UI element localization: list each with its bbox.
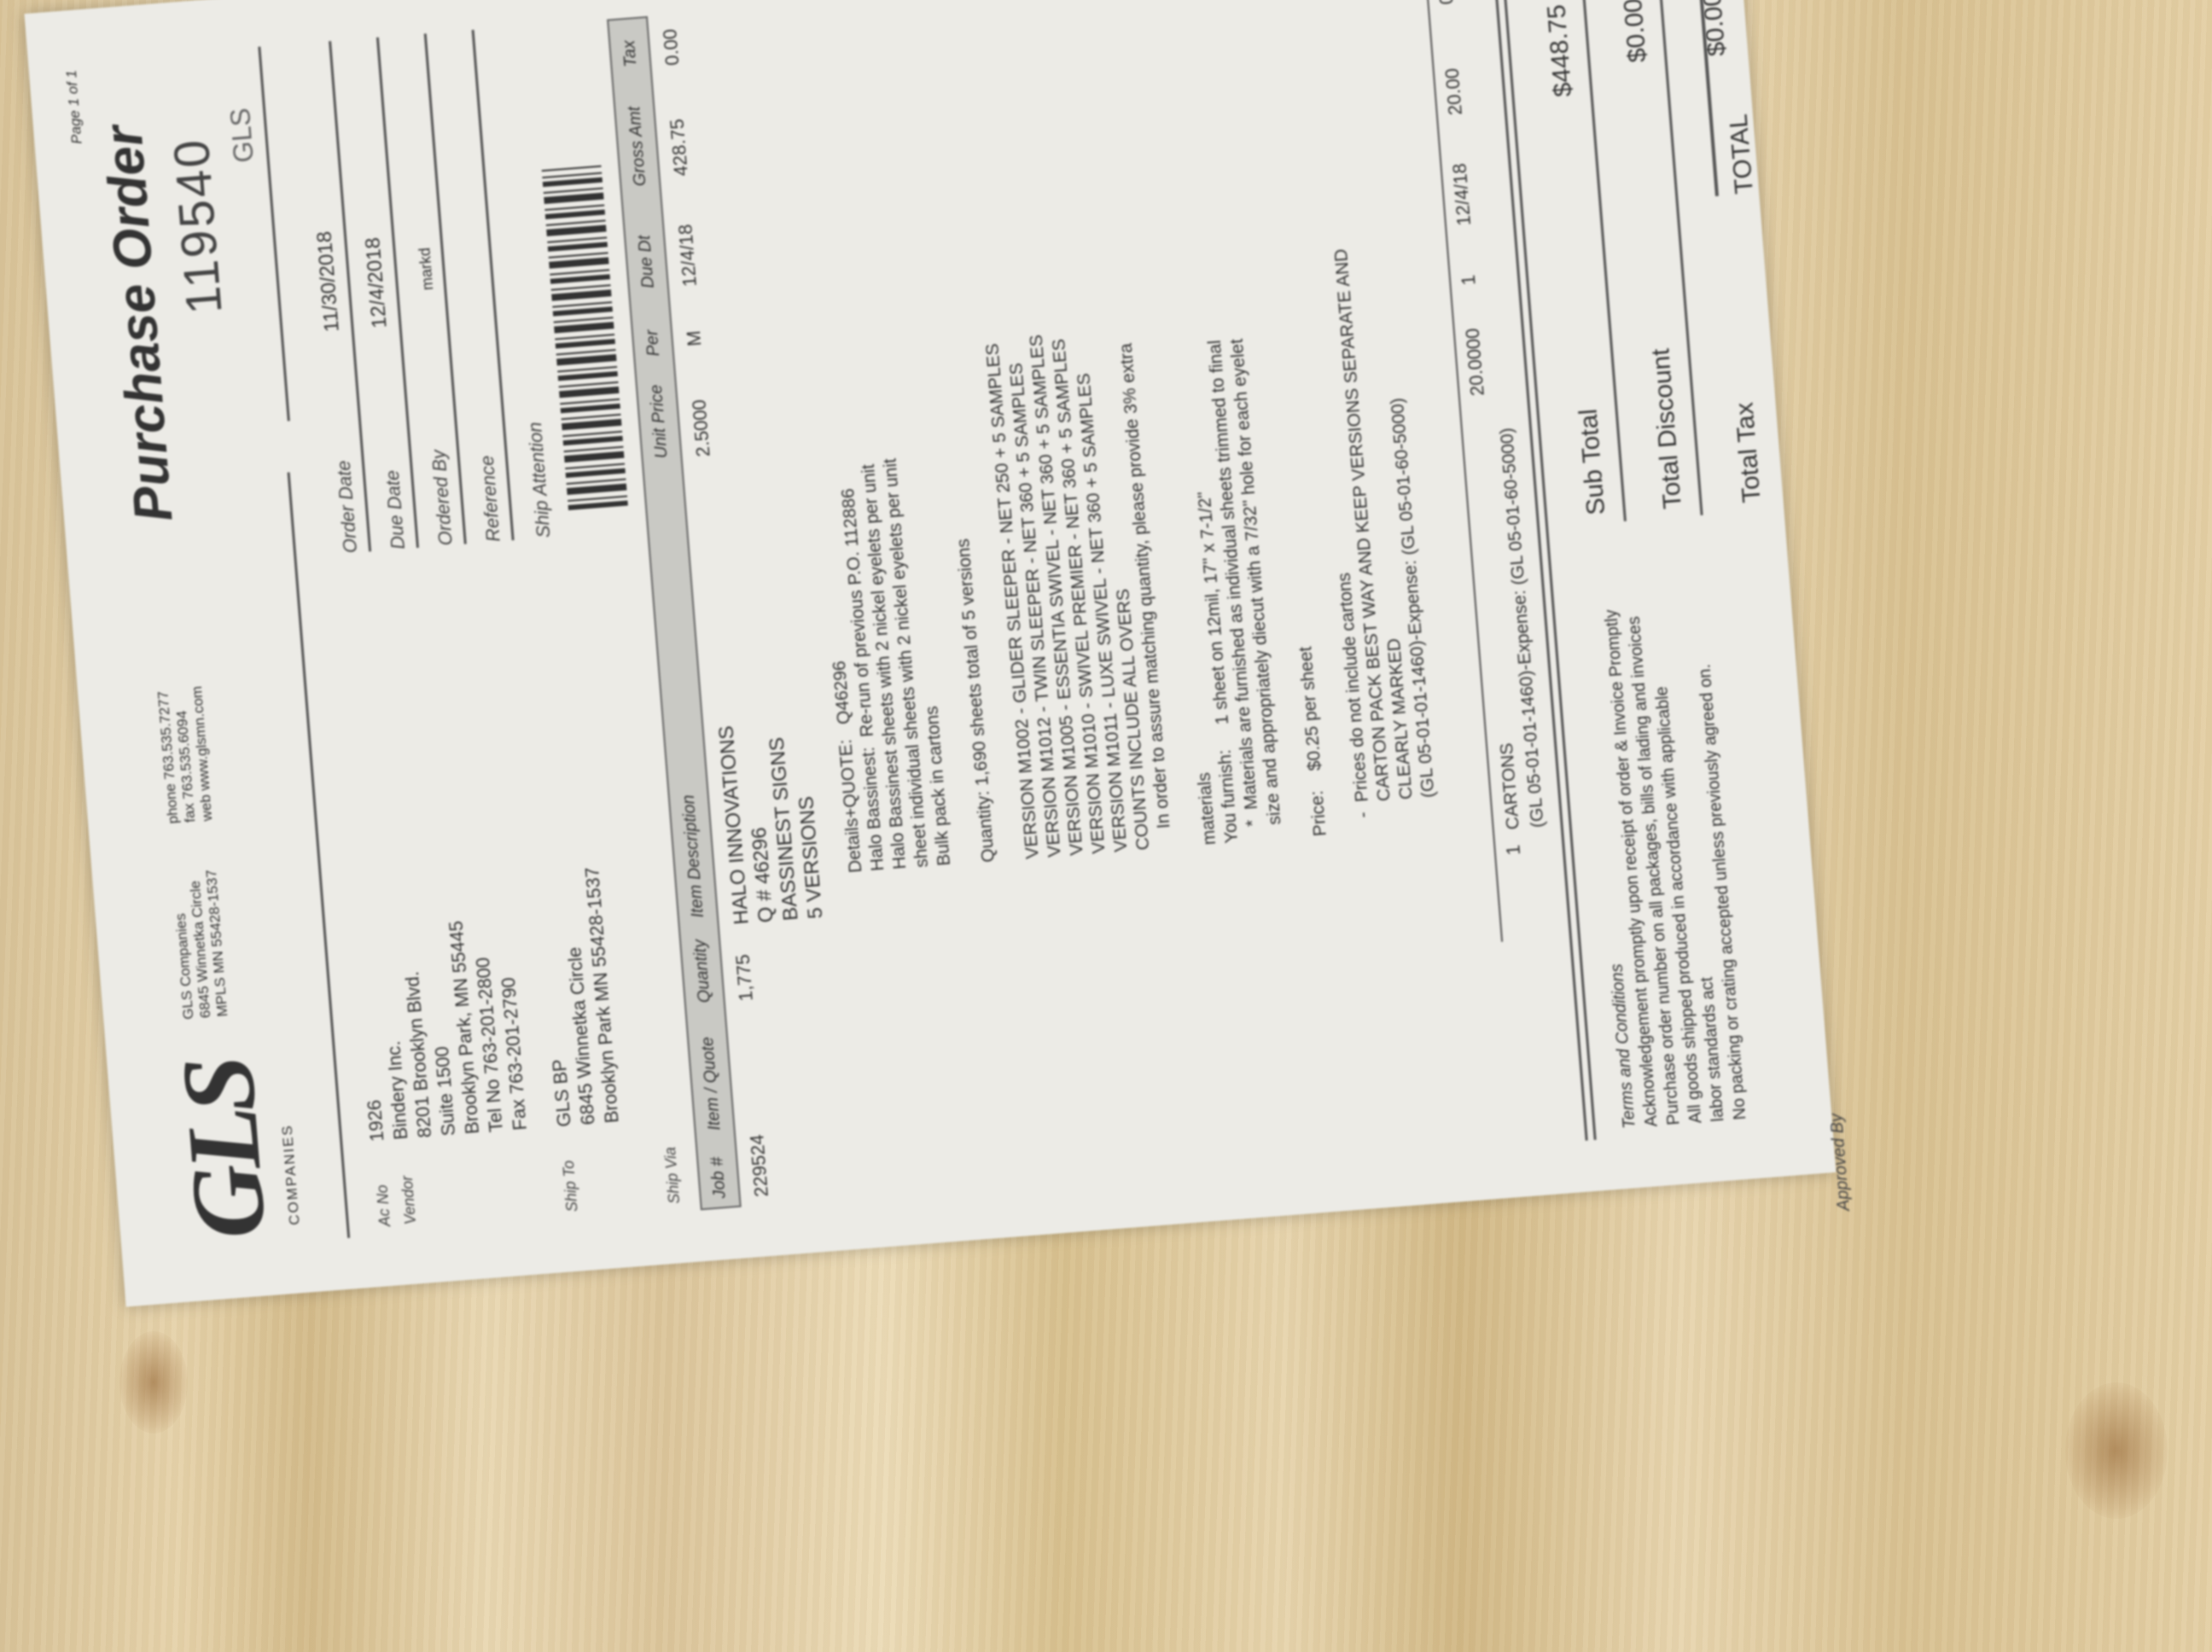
due-date: 12/4/18 (674, 224, 701, 288)
col-job: Job # (707, 1156, 731, 1200)
due-date: 12/4/18 (1448, 162, 1476, 226)
ac-no-label: Ac No (373, 1184, 394, 1228)
ship-to-address: GLS BP 6845 Winnetka Circle Brooklyn Par… (533, 866, 624, 1127)
vendor-label: Vendor (399, 1175, 420, 1225)
col-due-date: Due Dt (635, 235, 659, 289)
gls-logo: GLS (159, 1056, 290, 1243)
col-unit-price: Unit Price (646, 384, 672, 459)
line-items-header: Job # Item / Quote Quantity Item Descrip… (607, 16, 742, 1210)
subtotal-value: $448.75 (1542, 3, 1578, 98)
discount-value: $0.00 (1619, 0, 1653, 63)
per-unit: 1 (1458, 274, 1481, 286)
company-contact: phone 763.535.7277 fax 763.535.6094 web … (154, 685, 216, 824)
ordered-by-label: Ordered By (428, 449, 457, 546)
gross-amount: 428.75 (667, 118, 693, 177)
col-per: Per (642, 329, 663, 358)
wood-knot (2065, 1382, 2168, 1519)
col-quantity: Quantity (690, 939, 715, 1003)
item-quantity: 1,775 (732, 953, 758, 1002)
terms-and-conditions: Terms and Conditions Acknowledgement pro… (1568, 473, 1751, 1130)
table-row: 1 CARTONS (GL 05-01-01-1460)-Expense: (G… (1432, 0, 1526, 1145)
ship-attention-label: Ship Attention (524, 422, 556, 539)
item-notes: Details+QUOTE: Q46296 Halo Bassinest: Re… (800, 245, 1443, 874)
company-address: GLS Companies 6845 Winnetka Circle MPLS … (169, 869, 231, 1020)
purchase-order-document: Page 1 of 1 GLS COMPANIES GLS Companies … (24, 0, 1836, 1307)
item-quantity: 1 (1502, 844, 1525, 856)
col-item-quote: Item / Quote (698, 1036, 725, 1131)
col-item-description: Item Description (678, 794, 707, 919)
job-number: 229524 (746, 1133, 773, 1197)
po-number: 119540 (163, 136, 234, 317)
unit-price: 20.0000 (1462, 328, 1489, 397)
total-tax-label: Total Tax (1730, 401, 1767, 503)
ship-to-label: Ship To (560, 1160, 582, 1213)
due-date-value: 12/4/2018 (361, 236, 392, 329)
wood-knot (119, 1331, 188, 1434)
page-label: Page 1 of 1 (63, 69, 86, 144)
unit-price: 2.5000 (688, 398, 714, 457)
per-unit: M (683, 329, 706, 346)
item-description: HALO INNOVATIONS Q # 46296 BASSINEST SIG… (714, 718, 829, 925)
gross-amount: 20.00 (1441, 67, 1467, 116)
tax-amount: 0.00 (659, 28, 684, 67)
vendor-address: 1926 Bindery Inc. 8201 Brooklyn Blvd. Su… (349, 916, 533, 1143)
tax-amount: 0.00 (1433, 0, 1458, 5)
ordered-by-value: markd (416, 247, 437, 291)
order-date-label: Order Date (333, 460, 362, 555)
col-tax: Tax (620, 39, 641, 67)
logo-text: GLS (160, 1056, 288, 1242)
col-gross-amount: Gross Amt (625, 106, 650, 187)
order-date-value: 11/30/2018 (313, 230, 345, 333)
due-date-label: Due Date (381, 469, 410, 550)
item-description: CARTONS (GL 05-01-01-1460)-Expense: (GL … (1470, 427, 1551, 830)
ship-via-label: Ship Via (661, 1146, 684, 1204)
reference-label: Reference (476, 455, 505, 543)
grand-total-label: TOTAL (1725, 113, 1760, 195)
order-info: Order Date 11/30/2018 Due Date 12/4/2018… (283, 26, 562, 556)
company-code: GLS (224, 107, 260, 164)
